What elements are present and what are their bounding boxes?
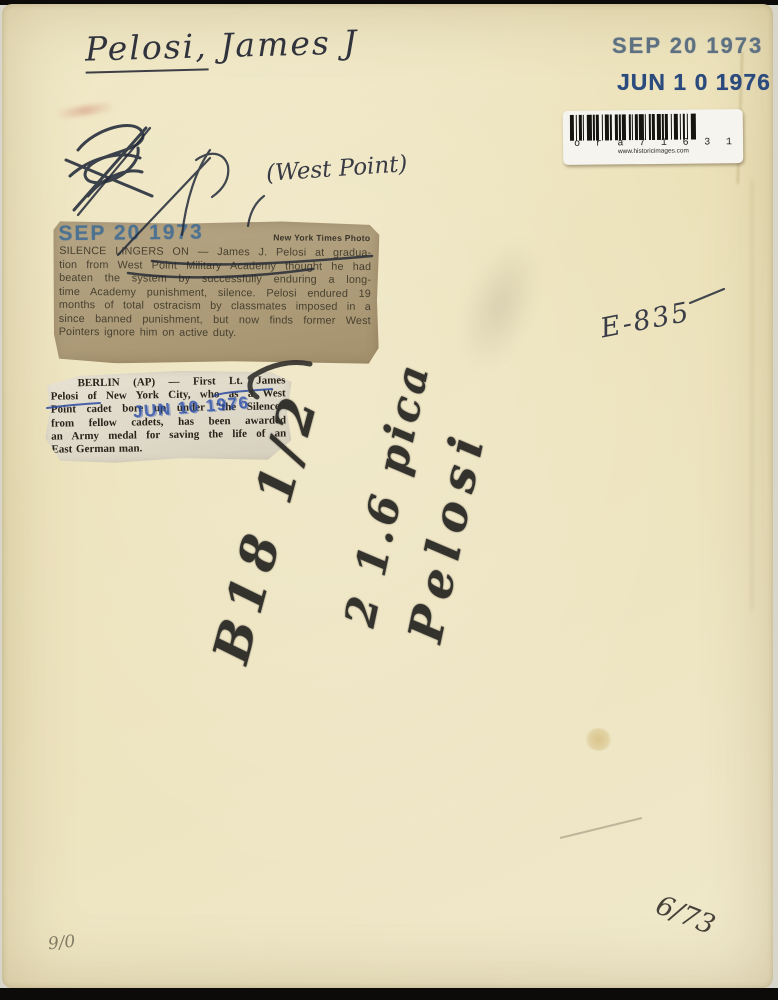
handwritten-corner-code: 9/0 bbox=[47, 932, 76, 955]
clipping-nyt: SEP 20 1973 New York Times Photo SILENCE… bbox=[53, 220, 380, 365]
underlined-surname: Pelosi, bbox=[85, 26, 209, 73]
barcode-gap bbox=[695, 114, 697, 140]
scanned-photo-back: Pelosi, James J SEP 20 1973 JUN 1 0 1976… bbox=[0, 0, 778, 1000]
photo-credit: New York Times Photo bbox=[273, 232, 370, 243]
given-names: James J bbox=[207, 22, 359, 65]
barcode-website: www.historicimages.com bbox=[618, 147, 689, 155]
barcode-sticker: ora71631 www.historicimages.com bbox=[563, 109, 744, 165]
clipping-caption-text: SILENCE LINGERS ON — James J. Pelosi at … bbox=[59, 245, 372, 342]
article-line: East German man. bbox=[51, 440, 286, 456]
barcode-char: o bbox=[574, 139, 580, 150]
barcode-char: r bbox=[596, 139, 602, 150]
caption-line: Pointers ignore him on active duty. bbox=[59, 326, 371, 342]
date-stamp-sep-1973: SEP 20 1973 bbox=[612, 33, 763, 59]
clipping-date-stamp: SEP 20 1973 bbox=[58, 221, 204, 247]
barcode-char: 1 bbox=[726, 137, 732, 148]
handwritten-name: Pelosi, James J bbox=[85, 22, 359, 68]
barcode-char: 3 bbox=[704, 137, 710, 148]
date-stamp-jun-1976: JUN 1 0 1976 bbox=[617, 69, 771, 96]
